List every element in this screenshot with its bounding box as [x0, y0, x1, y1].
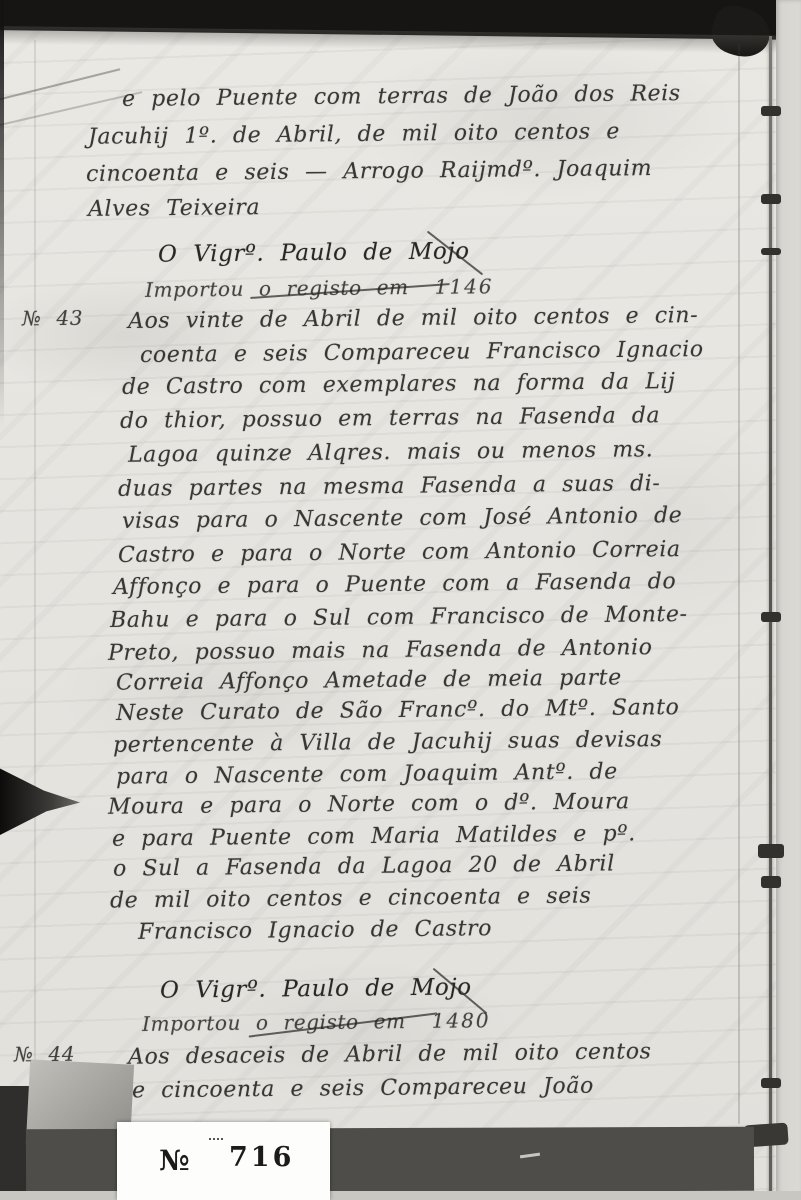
paper-crease-line	[738, 44, 740, 1124]
fee-amount: 1480	[432, 1008, 491, 1033]
manuscript-line: e cincoenta e seis Compareceu João	[132, 1074, 594, 1104]
registration-fee-note: Importou o registo em1146	[145, 274, 494, 302]
ink-specks	[209, 1138, 223, 1144]
binding-stitch	[761, 612, 781, 622]
manuscript-line: o Sul a Fasenda da Lagoa 20 de Abril	[113, 851, 615, 881]
entry-number-44: № 44	[14, 1042, 75, 1067]
vicar-signature: O Vigrº. Paulo de Mojo	[160, 974, 472, 1003]
registration-fee-note: Importou o registo em1480	[142, 1008, 491, 1036]
manuscript-line: Correia Affonço Ametade de meia parte	[116, 665, 622, 695]
binding-stitch	[761, 194, 781, 204]
scanned-manuscript-page: № 716 e pelo Puente com terras de João d…	[0, 0, 801, 1200]
paper-fold-line	[34, 40, 36, 1120]
scan-border-left	[0, 0, 4, 430]
binding-margin-strip	[776, 0, 801, 1200]
binding-stitch	[761, 1078, 781, 1088]
page-number-label: № 716	[117, 1122, 330, 1200]
binding-stitch	[761, 876, 781, 888]
vicar-signature: O Vigrº. Paulo de Mojo	[158, 238, 470, 267]
entry-number-43: № 43	[22, 306, 83, 331]
numero-sign: №	[159, 1144, 189, 1177]
page-number-value: 716	[229, 1142, 294, 1173]
manuscript-line: para o Nascente com Joaquim Antº. de	[116, 759, 618, 789]
manuscript-line: de mil oito centos e cincoenta e seis	[110, 883, 592, 913]
declarant-signature: Francisco Ignacio de Castro	[138, 916, 492, 945]
binding-stitch	[761, 106, 781, 116]
fee-amount: 1146	[435, 274, 494, 299]
binding-stitch	[758, 844, 784, 858]
binding-stitch	[761, 248, 781, 255]
manuscript-line: Alves Teixeira	[88, 195, 260, 222]
